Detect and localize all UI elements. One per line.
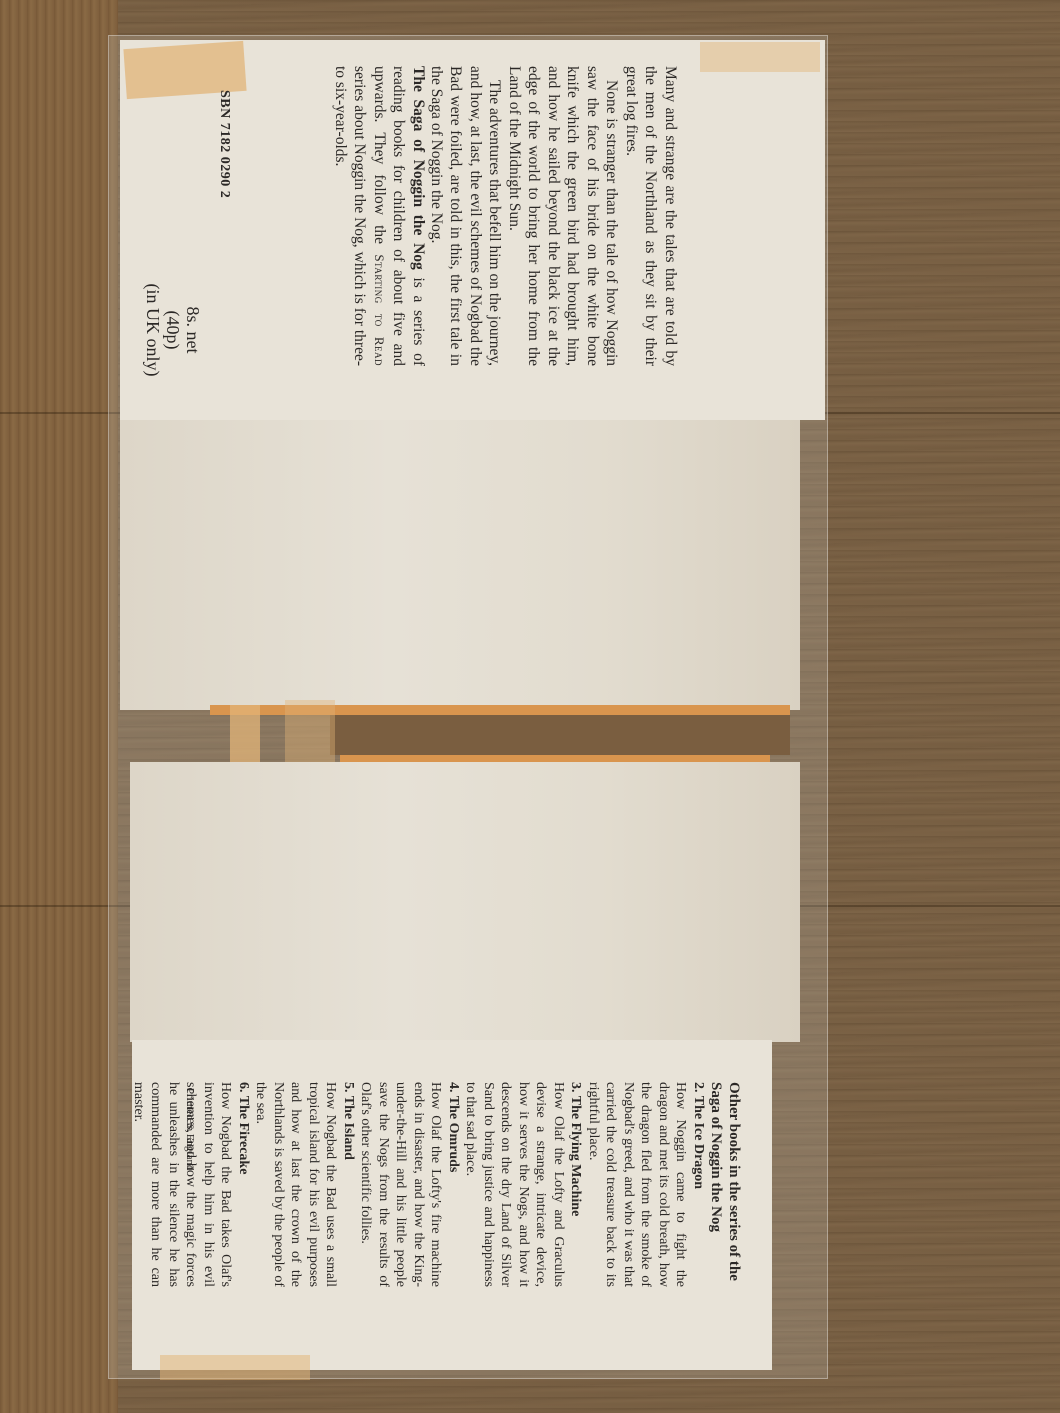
tape-strip: [700, 42, 820, 72]
book-entry: 2. The Ice Dragon How Noggin came to fig…: [585, 1082, 708, 1287]
book-summary: How Nogbad the Bad takes Olaf's inventio…: [130, 1082, 235, 1287]
book-summary: How Nogbad the Bad uses a small tropical…: [252, 1082, 340, 1287]
series-title: The Saga of Noggin the Nog: [410, 66, 427, 270]
isbn: SBN 7182 0290 2: [216, 90, 232, 198]
blurb-paragraph-2: None is stranger than the tale of how No…: [505, 66, 622, 366]
book-summary: How Noggin came to fight the dragon and …: [585, 1082, 690, 1287]
blurb-paragraph-1: Many and strange are the tales that are …: [622, 66, 681, 366]
price: 8s. net (40p) (in UK only): [143, 275, 203, 385]
book-title: The Omruds: [446, 1096, 461, 1173]
jacket-middle-lower: [130, 762, 800, 1042]
series-note: The Saga of Noggin the Nog is a series o…: [331, 66, 429, 366]
price-line-1: 8s. net: [183, 275, 203, 385]
book-entry: 3. The Flying Machine How Olaf the Lofty…: [462, 1082, 585, 1287]
tape-strip: [230, 705, 260, 765]
book-summary: How Olaf the Lofty and Graculus devise a…: [462, 1082, 567, 1287]
tape-strip: [285, 700, 335, 770]
back-flap-heading: Other books in the series of the Saga of…: [707, 1082, 742, 1287]
book-title: The Ice Dragon: [691, 1096, 706, 1189]
book-title: The Firecake: [236, 1096, 251, 1175]
series-text-b: series about Noggin the Nog, which is fo…: [332, 66, 369, 366]
price-line-2: (40p): [163, 275, 183, 385]
tape-strip: [160, 1355, 310, 1380]
wood-plank-left: [0, 0, 118, 1413]
book-entry: 5. The Island How Nogbad the Bad uses a …: [252, 1082, 357, 1287]
book-title: The Flying Machine: [569, 1096, 584, 1217]
price-line-3: (in UK only): [143, 275, 163, 385]
front-flap-blurb: Many and strange are the tales that are …: [427, 66, 681, 366]
series-name: Starting to Read: [372, 254, 387, 366]
book-entry: 4. The Omruds How Olaf the Lofty's fire …: [357, 1082, 462, 1287]
jacket-tear-gap: [330, 715, 790, 755]
jacket-middle-upper: [120, 420, 800, 710]
book-title: The Island: [341, 1096, 356, 1160]
book-summary: How Olaf the Lofty's fire machine ends i…: [357, 1082, 445, 1287]
blurb-paragraph-3: The adventures that befell him on the jo…: [427, 66, 505, 366]
back-flap-list: Other books in the series of the Saga of…: [130, 1082, 743, 1287]
printed-in-england: Printed in England: [184, 1088, 196, 1171]
